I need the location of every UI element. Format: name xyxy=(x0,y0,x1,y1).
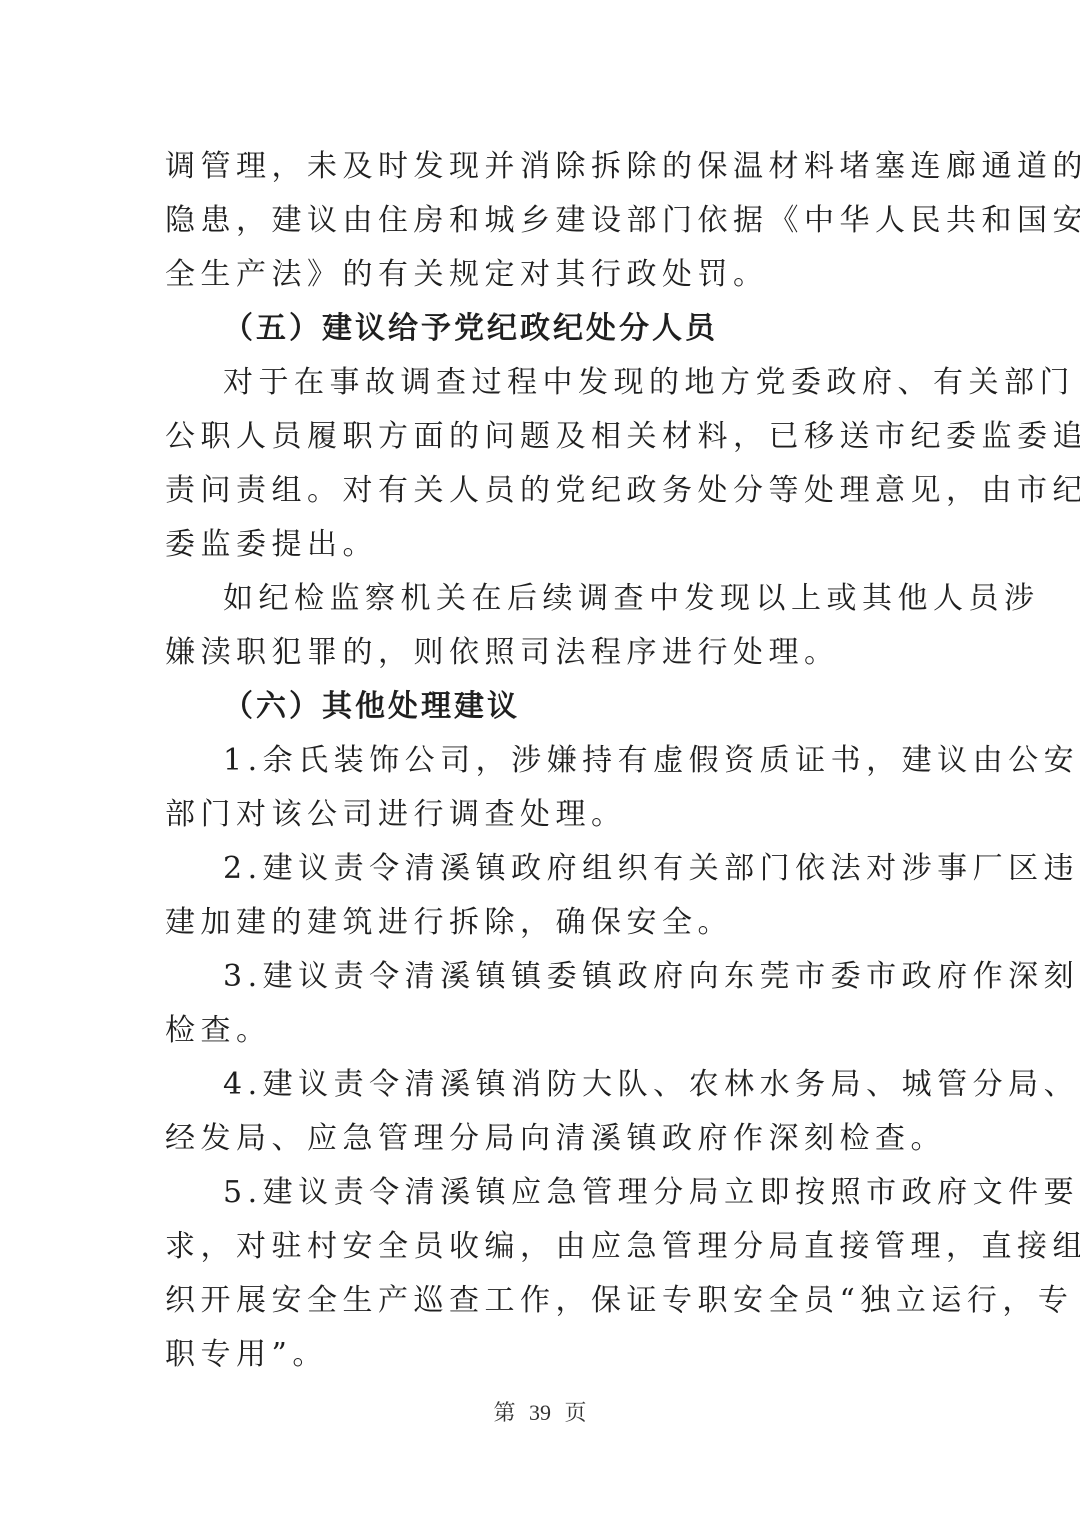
section-heading: （五）建议给予党纪政纪处分人员 xyxy=(223,309,983,349)
text-line: 经发局、应急管理分局向清溪镇政府作深刻检查。 xyxy=(165,1119,925,1159)
page-number: 第 39 页 xyxy=(0,1396,1080,1427)
text-line: 织开展安全生产巡查工作，保证专职安全员“独立运行，专 xyxy=(165,1281,925,1321)
text-line: 职专用”。 xyxy=(165,1335,925,1375)
document-page: 调管理，未及时发现并消除拆除的保温材料堵塞连廊通道的 隐患，建议由住房和城乡建设… xyxy=(0,0,1080,1528)
text-line: 5.建议责令清溪镇应急管理分局立即按照市政府文件要 xyxy=(223,1173,983,1213)
text-line: 如纪检监察机关在后续调查中发现以上或其他人员涉 xyxy=(223,579,983,619)
text-line: 委监委提出。 xyxy=(165,525,925,565)
text-line: 3.建议责令清溪镇镇委镇政府向东莞市委市政府作深刻 xyxy=(223,957,983,997)
section-heading: （六）其他处理建议 xyxy=(223,687,983,727)
text-line: 检查。 xyxy=(165,1011,925,1051)
text-line: 嫌渎职犯罪的，则依照司法程序进行处理。 xyxy=(165,633,925,673)
text-line: 对于在事故调查过程中发现的地方党委政府、有关部门 xyxy=(223,363,983,403)
text-line: 1.余氏装饰公司，涉嫌持有虚假资质证书，建议由公安 xyxy=(223,741,983,781)
text-line: 责问责组。对有关人员的党纪政务处分等处理意见，由市纪 xyxy=(165,471,925,511)
text-line: 求，对驻村安全员收编，由应急管理分局直接管理，直接组 xyxy=(165,1227,925,1267)
text-line: 建加建的建筑进行拆除，确保安全。 xyxy=(165,903,925,943)
text-line: 隐患，建议由住房和城乡建设部门依据《中华人民共和国安 xyxy=(165,201,925,241)
text-line: 公职人员履职方面的问题及相关材料，已移送市纪委监委追 xyxy=(165,417,925,457)
text-line: 2.建议责令清溪镇政府组织有关部门依法对涉事厂区违 xyxy=(223,849,983,889)
text-line: 全生产法》的有关规定对其行政处罚。 xyxy=(165,255,925,295)
text-line: 4.建议责令清溪镇消防大队、农林水务局、城管分局、 xyxy=(223,1065,983,1105)
text-line: 调管理，未及时发现并消除拆除的保温材料堵塞连廊通道的 xyxy=(165,147,925,187)
text-line: 部门对该公司进行调查处理。 xyxy=(165,795,925,835)
